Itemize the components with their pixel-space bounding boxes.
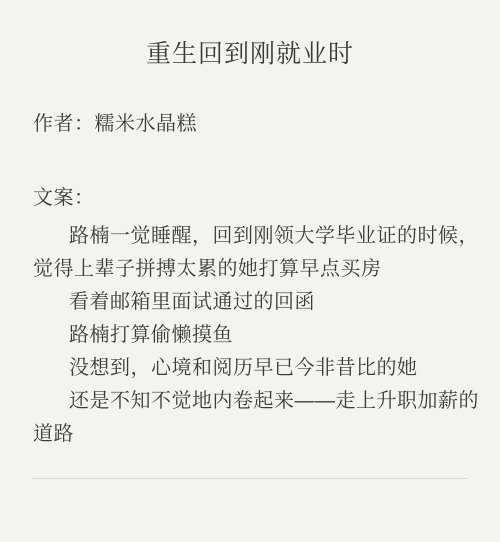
synopsis-line: 道路 <box>33 418 470 451</box>
author-name: 糯米水晶糕 <box>95 113 198 135</box>
book-info-page: 重生回到刚就业时 作者：糯米水晶糕 文案： 路楠一觉睡醒，回到刚领大学毕业证的时… <box>0 0 500 542</box>
synopsis-line: 看着邮箱里面试通过的回函 <box>33 286 470 319</box>
synopsis-line: 觉得上辈子拼搏太累的她打算早点买房 <box>33 253 470 286</box>
author-line: 作者：糯米水晶糕 <box>33 112 467 136</box>
book-title: 重生回到刚就业时 <box>0 0 500 68</box>
synopsis-line: 路楠打算偷懒摸鱼 <box>33 319 470 352</box>
synopsis-text: 路楠一觉睡醒，回到刚领大学毕业证的时候，觉得上辈子拼搏太累的她打算早点买房看着邮… <box>33 220 470 451</box>
synopsis-label: 文案： <box>33 186 467 210</box>
synopsis-line: 没想到，心境和阅历早已今非昔比的她 <box>33 352 470 385</box>
bottom-divider <box>32 478 467 479</box>
author-label: 作者： <box>33 113 95 135</box>
synopsis-line: 还是不知不觉地内卷起来——走上升职加薪的 <box>33 385 470 418</box>
synopsis-line: 路楠一觉睡醒，回到刚领大学毕业证的时候， <box>33 220 470 253</box>
